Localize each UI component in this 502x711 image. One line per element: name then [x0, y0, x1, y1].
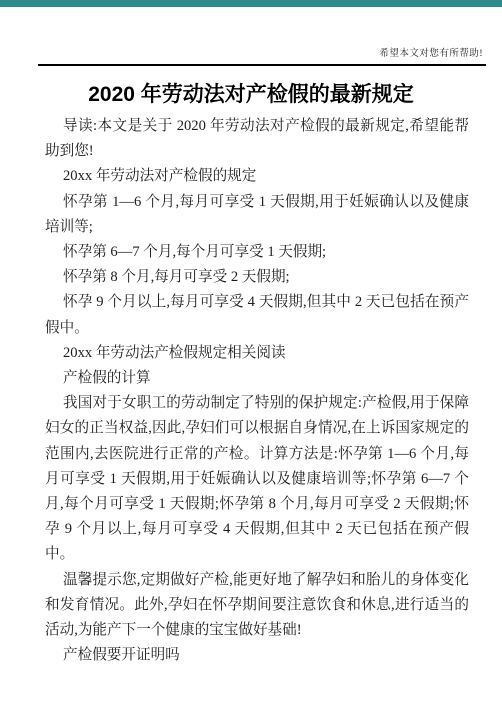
paragraph: 产检假的计算	[45, 366, 469, 391]
paragraph: 怀孕 9 个月以上,每月可享受 4 天假期,但其中 2 天已包括在预产假中。	[45, 290, 469, 340]
paragraph: 导读:本文是关于 2020 年劳动法对产检假的最新规定,希望能帮助到您!	[45, 114, 469, 164]
paragraph: 20xx 年劳动法产检假规定相关阅读	[45, 341, 469, 366]
paragraph: 怀孕第 6—7 个月,每个月可享受 1 天假期;	[45, 240, 469, 265]
top-accent-bar	[0, 0, 502, 7]
paragraph: 怀孕第 8 个月,每月可享受 2 天假期;	[45, 265, 469, 290]
document-body: 导读:本文是关于 2020 年劳动法对产检假的最新规定,希望能帮助到您!20xx…	[45, 114, 469, 668]
paragraph: 温馨提示您,定期做好产检,能更好地了解孕妇和胎儿的身体变化和发育情况。此外,孕妇…	[45, 568, 469, 644]
paragraph: 20xx 年劳动法对产检假的规定	[45, 164, 469, 189]
paragraph: 我国对于女职工的劳动制定了特别的保护规定:产检假,用于保障妇女的正当权益,因此,…	[45, 391, 469, 567]
paragraph: 产检假要开证明吗	[45, 643, 469, 668]
document-page: 希望本文对您有所帮助! 2020 年劳动法对产检假的最新规定 导读:本文是关于 …	[0, 0, 502, 711]
page-header: 希望本文对您有所帮助!	[38, 43, 486, 66]
document-title: 2020 年劳动法对产检假的最新规定	[20, 79, 482, 111]
header-note: 希望本文对您有所帮助!	[379, 49, 483, 59]
paragraph: 怀孕第 1—6 个月,每月可享受 1 天假期,用于妊娠确认以及健康培训等;	[45, 190, 469, 240]
